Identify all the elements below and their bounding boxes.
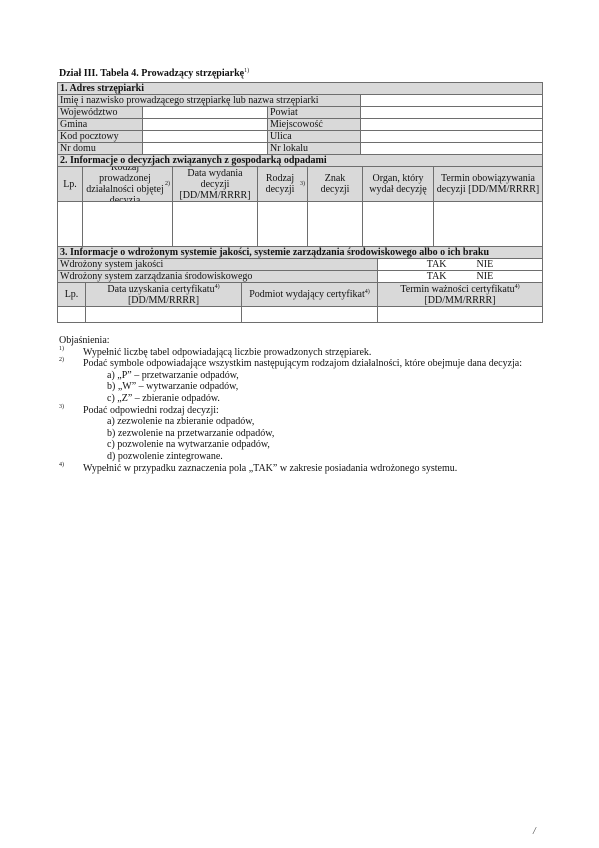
header-format: [DD/MM/RRRR] <box>424 295 495 306</box>
footnote-number: 1) <box>59 344 64 356</box>
decision-cell[interactable] <box>57 201 83 247</box>
footnote-ref: 1) <box>244 68 249 74</box>
footnote-text: Wypełnić liczbę tabel odpowiadającą licz… <box>83 347 371 358</box>
decision-column-header: Lp. <box>57 166 83 202</box>
footnote-number: 2) <box>59 355 64 367</box>
explanations-heading: Objaśnienia: <box>59 335 522 347</box>
footnote-subitem: a) zezwolenie na zbieranie odpadów, <box>59 416 522 428</box>
column-header-text: Termin obowiązywania decyzji [DD/MM/RRRR… <box>436 173 540 195</box>
header-format: [DD/MM/RRRR] <box>128 295 199 306</box>
certificate-cell[interactable] <box>85 306 242 323</box>
decision-column-header: Znak decyzji <box>307 166 363 202</box>
decision-cell[interactable] <box>433 201 543 247</box>
certificate-column-header: Termin ważności certyfikatu4)[DD/MM/RRRR… <box>377 282 543 307</box>
certificate-cell[interactable] <box>377 306 543 323</box>
footnote-text: Podać odpowiedni rodzaj decyzji: <box>83 405 219 416</box>
header-label: Podmiot wydający certyfikat <box>249 289 365 300</box>
certificate-column-header: Data uzyskania certyfikatu4)[DD/MM/RRRR] <box>85 282 242 307</box>
footnote-subitem: a) „P” – przetwarzanie odpadów, <box>59 370 522 382</box>
footnote-subitem: c) „Z” – zbieranie odpadów. <box>59 393 522 405</box>
column-header-text: Lp. <box>63 179 77 190</box>
footnote: 4)Wypełnić w przypadku zaznaczenia pola … <box>59 463 522 475</box>
footnote-text: Podać symbole odpowiadające wszystkim na… <box>83 358 522 369</box>
decision-cell[interactable] <box>307 201 363 247</box>
footnote-text: Wypełnić w przypadku zaznaczenia pola „T… <box>83 463 457 474</box>
header-label: Data uzyskania certyfikatu <box>107 284 214 295</box>
footnote-ref: 4) <box>365 289 370 295</box>
table-title-text: Dział III. Tabela 4. Prowadzący strzępia… <box>59 68 244 79</box>
decision-column-header: Rodzaj decyzji3) <box>257 166 308 202</box>
column-header-text: Podmiot wydający certyfikat4) <box>249 289 370 300</box>
yes-option[interactable]: TAK <box>427 259 447 270</box>
certificate-cell[interactable] <box>241 306 378 323</box>
decision-cell[interactable] <box>257 201 308 247</box>
decision-column-header: Termin obowiązywania decyzji [DD/MM/RRRR… <box>433 166 543 202</box>
no-option[interactable]: NIE <box>477 271 494 282</box>
footnote: 3)Podać odpowiedni rodzaj decyzji: <box>59 405 522 417</box>
page-number: / <box>533 826 536 837</box>
explanations-list: 1)Wypełnić liczbę tabel odpowiadającą li… <box>59 347 522 475</box>
footnote-subitem: d) pozwolenie zintegrowane. <box>59 451 522 463</box>
column-header-text: Termin ważności certyfikatu4)[DD/MM/RRRR… <box>400 284 519 306</box>
column-header-text: Lp. <box>65 289 79 300</box>
decision-cell[interactable] <box>362 201 434 247</box>
decision-column-header: Rodzaj prowadzonej działalności objętej … <box>82 166 173 202</box>
column-header-text: Data uzyskania certyfikatu4)[DD/MM/RRRR] <box>107 284 219 306</box>
column-header-text: Rodzaj decyzji <box>260 173 300 195</box>
no-option[interactable]: NIE <box>477 259 494 270</box>
decision-cell[interactable] <box>82 201 173 247</box>
table-title: Dział III. Tabela 4. Prowadzący strzępia… <box>59 68 249 79</box>
certificate-cell[interactable] <box>57 306 86 323</box>
column-header-text: Znak decyzji <box>310 173 360 195</box>
certificate-column-header: Podmiot wydający certyfikat4) <box>241 282 378 307</box>
footnote-subitem: b) „W” – wytwarzanie odpadów, <box>59 381 522 393</box>
footnote-ref: 4) <box>515 284 520 290</box>
footnote: 1)Wypełnić liczbę tabel odpowiadającą li… <box>59 347 522 359</box>
footnote-number: 3) <box>59 402 64 414</box>
decision-column-header: Organ, który wydał decyzję <box>362 166 434 202</box>
decision-column-header: Data wydania decyzji [DD/MM/RRRR] <box>172 166 258 202</box>
decision-cell[interactable] <box>172 201 258 247</box>
certificate-column-header: Lp. <box>57 282 86 307</box>
column-header-text: Data wydania decyzji [DD/MM/RRRR] <box>175 168 255 201</box>
column-header-text: Organ, który wydał decyzję <box>365 173 431 195</box>
column-header-text: Rodzaj prowadzonej działalności objętej … <box>85 166 165 202</box>
footnote-number: 4) <box>59 460 64 472</box>
footnote-subitem: c) pozwolenie na wytwarzanie odpadów, <box>59 439 522 451</box>
footnote-subitem: b) zezwolenie na przetwarzanie odpadów, <box>59 428 522 440</box>
explanations: Objaśnienia: 1)Wypełnić liczbę tabel odp… <box>59 335 522 474</box>
footnote: 2)Podać symbole odpowiadające wszystkim … <box>59 358 522 370</box>
header-label: Termin ważności certyfikatu <box>400 284 514 295</box>
footnote-ref: 4) <box>215 284 220 290</box>
header-label: Lp. <box>65 289 79 300</box>
yes-option[interactable]: TAK <box>427 271 447 282</box>
